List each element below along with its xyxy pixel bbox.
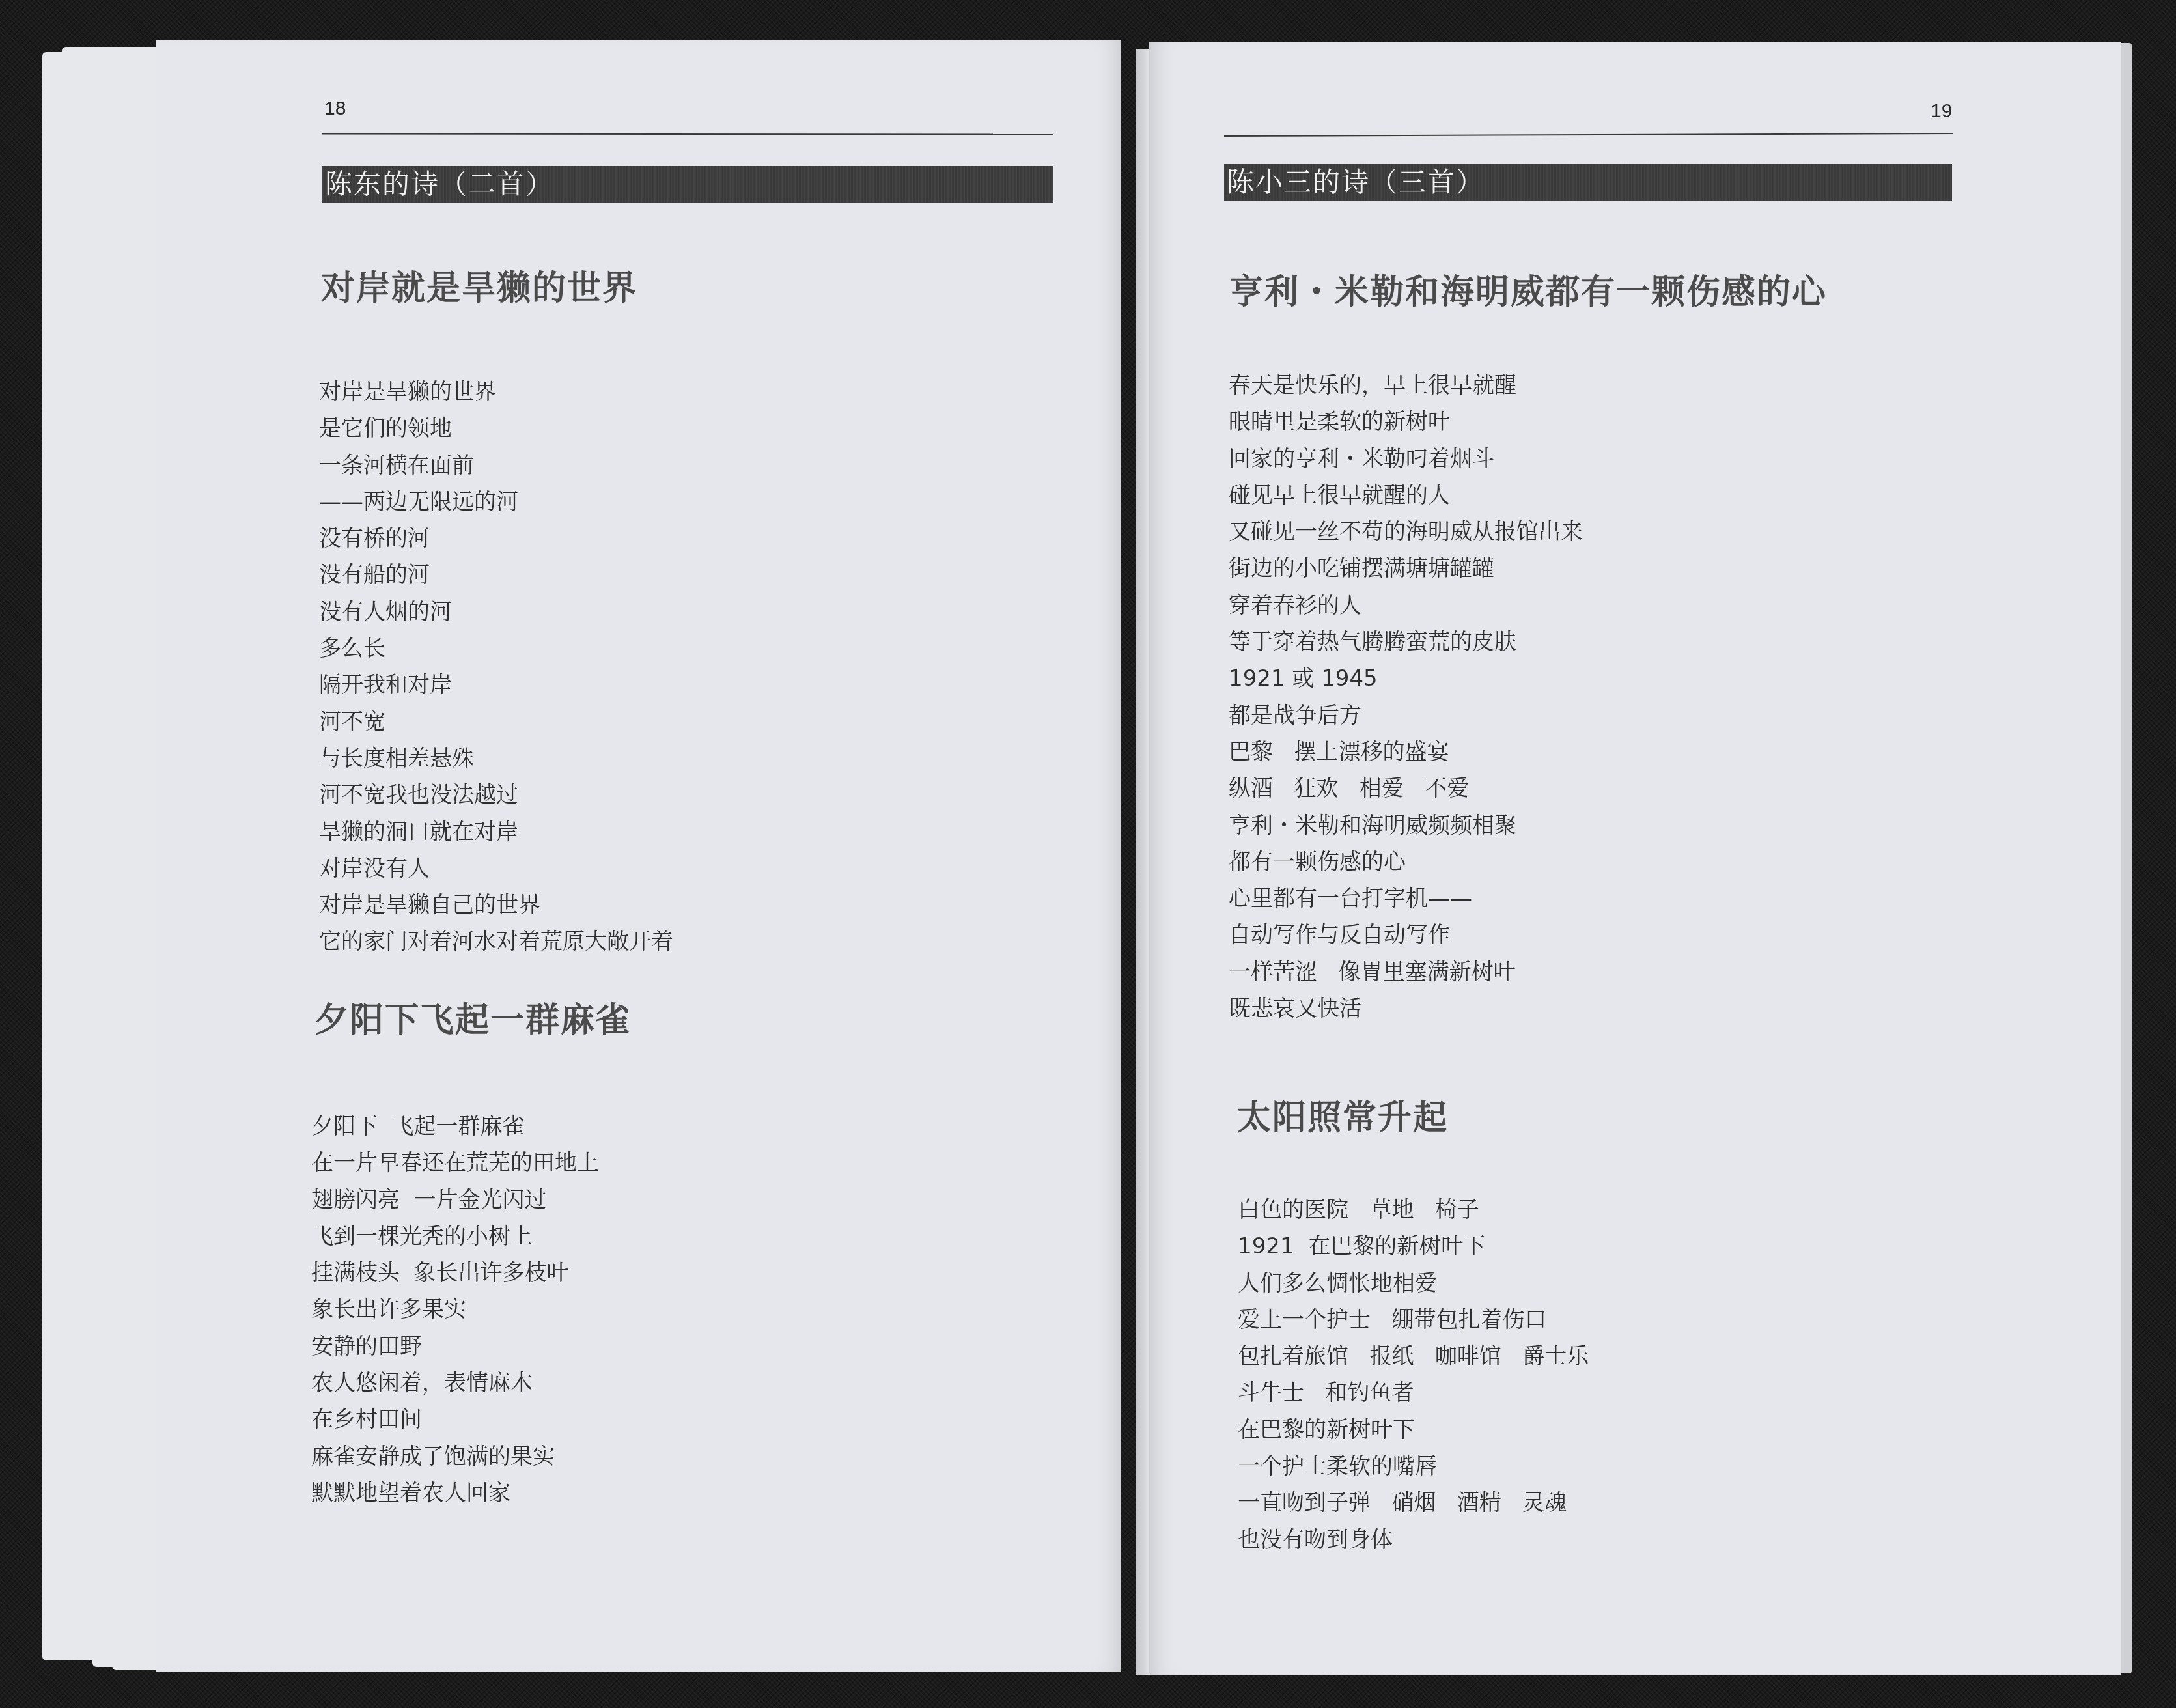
poem-line: 没有船的河 [319, 557, 673, 593]
poem-line: 翅膀闪亮 一片金光闪过 [311, 1182, 599, 1218]
poem-line: 是它们的领地 [319, 410, 673, 447]
poem-line: ——两边无限远的河 [319, 484, 673, 520]
poem-line: 都有一颗伤感的心 [1229, 844, 1583, 880]
poem-line: 一样苦涩 像胃里塞满新树叶 [1229, 954, 1583, 990]
poem-line: 爱上一个护士 绷带包扎着伤口 [1238, 1302, 1589, 1338]
poem-body: 白色的医院 草地 椅子 1921 在巴黎的新树叶下 人们多么惆怅地相爱 爱上一个… [1238, 1192, 1589, 1558]
poem-line: 农人悠闲着，表情麻木 [311, 1365, 599, 1401]
poem-line: 白色的医院 草地 椅子 [1238, 1192, 1589, 1228]
poem-line: 多么长 [319, 630, 673, 667]
poem-title: 亨利・米勒和海明威都有一颗伤感的心 [1229, 264, 1827, 313]
poem-line: 回家的亨利・米勒叼着烟斗 [1229, 441, 1583, 477]
poem-line: 在一片早春还在荒芜的田地上 [311, 1145, 599, 1181]
poem-line: 夕阳下 飞起一群麻雀 [311, 1108, 599, 1145]
poem-title: 夕阳下飞起一群麻雀 [314, 992, 631, 1041]
poem-line: 心里都有一台打字机—— [1229, 880, 1583, 917]
poem-line: 一个护士柔软的嘴唇 [1238, 1448, 1589, 1485]
poem-line: 纵酒 狂欢 相爱 不爱 [1229, 770, 1583, 807]
book-gutter [1136, 49, 1149, 1675]
poem-line: 春天是快乐的，早上很早就醒 [1229, 367, 1583, 404]
poem-line: 1921 在巴黎的新树叶下 [1238, 1228, 1589, 1265]
poem-line: 它的家门对着河水对着荒原大敞开着 [319, 923, 673, 960]
poem-line: 麻雀安静成了饱满的果实 [311, 1438, 599, 1475]
poem-line: 等于穿着热气腾腾蛮荒的皮肤 [1229, 624, 1583, 660]
poem-line: 包扎着旅馆 报纸 咖啡馆 爵士乐 [1238, 1338, 1589, 1375]
poem-line: 亨利・米勒和海明威频频相聚 [1229, 807, 1583, 844]
poem-line: 飞到一棵光秃的小树上 [311, 1218, 599, 1255]
poem-line: 斗牛士 和钓鱼者 [1238, 1375, 1589, 1411]
poem-line: 对岸是旱獭自己的世界 [319, 887, 673, 923]
poem-line: 河不宽 [319, 704, 673, 740]
poem-line: 河不宽我也没法越过 [319, 777, 673, 813]
page-number: 18 [324, 98, 346, 120]
poem-line: 一条河横在面前 [319, 447, 673, 484]
poem-line: 挂满枝头 象长出许多枝叶 [311, 1255, 599, 1291]
section-header: 陈小三的诗（三首） [1224, 164, 1952, 201]
poem-line: 象长出许多果实 [311, 1291, 599, 1328]
poem-body: 春天是快乐的，早上很早就醒 眼睛里是柔软的新树叶 回家的亨利・米勒叼着烟斗 碰见… [1229, 367, 1583, 1027]
page-number: 19 [1931, 100, 1952, 122]
poem-line: 人们多么惆怅地相爱 [1238, 1265, 1589, 1302]
poem-line: 安静的田野 [311, 1328, 599, 1365]
poem-line: 对岸是旱獭的世界 [319, 374, 673, 410]
poem-line: 一直吻到子弹 硝烟 酒精 灵魂 [1238, 1485, 1589, 1521]
poem-line: 眼睛里是柔软的新树叶 [1229, 404, 1583, 440]
poem-line: 又碰见一丝不苟的海明威从报馆出来 [1229, 514, 1583, 550]
poem-line: 对岸没有人 [319, 850, 673, 887]
poem-line: 与长度相差悬殊 [319, 740, 673, 777]
poem-line: 默默地望着农人回家 [311, 1475, 599, 1511]
poem-line: 在乡村田间 [311, 1401, 599, 1438]
poem-body: 对岸是旱獭的世界 是它们的领地 一条河横在面前 ——两边无限远的河 没有桥的河 … [319, 374, 673, 960]
right-page-edge [2121, 43, 2132, 1673]
poem-line: 碰见早上很早就醒的人 [1229, 477, 1583, 514]
poem-line: 既悲哀又快活 [1229, 990, 1583, 1027]
left-page: 18 陈东的诗（二首） 对岸就是旱獭的世界 对岸是旱獭的世界 是它们的领地 一条… [156, 40, 1121, 1672]
poem-line: 巴黎 摆上漂移的盛宴 [1229, 734, 1583, 770]
poem-line: 没有桥的河 [319, 520, 673, 557]
poem-line: 旱獭的洞口就在对岸 [319, 814, 673, 850]
right-page: 19 陈小三的诗（三首） 亨利・米勒和海明威都有一颗伤感的心 春天是快乐的，早上… [1149, 42, 2121, 1675]
poem-line: 街边的小吃铺摆满塘塘罐罐 [1229, 550, 1583, 587]
section-header: 陈东的诗（二首） [322, 166, 1053, 203]
header-rule [322, 133, 1053, 135]
poem-line: 都是战争后方 [1229, 697, 1583, 734]
poem-line: 自动写作与反自动写作 [1229, 917, 1583, 953]
poem-body: 夕阳下 飞起一群麻雀 在一片早春还在荒芜的田地上 翅膀闪亮 一片金光闪过 飞到一… [311, 1108, 599, 1511]
poem-line: 没有人烟的河 [319, 594, 673, 630]
poem-title: 对岸就是旱獭的世界 [321, 260, 637, 309]
poem-line: 穿着春衫的人 [1229, 587, 1583, 624]
poem-line: 隔开我和对岸 [319, 667, 673, 703]
poem-line: 也没有吻到身体 [1238, 1522, 1589, 1558]
poem-line: 在巴黎的新树叶下 [1238, 1412, 1589, 1448]
header-rule [1224, 133, 1953, 137]
poem-line: 1921 或 1945 [1229, 660, 1583, 697]
poem-title: 太阳照常升起 [1237, 1090, 1448, 1139]
